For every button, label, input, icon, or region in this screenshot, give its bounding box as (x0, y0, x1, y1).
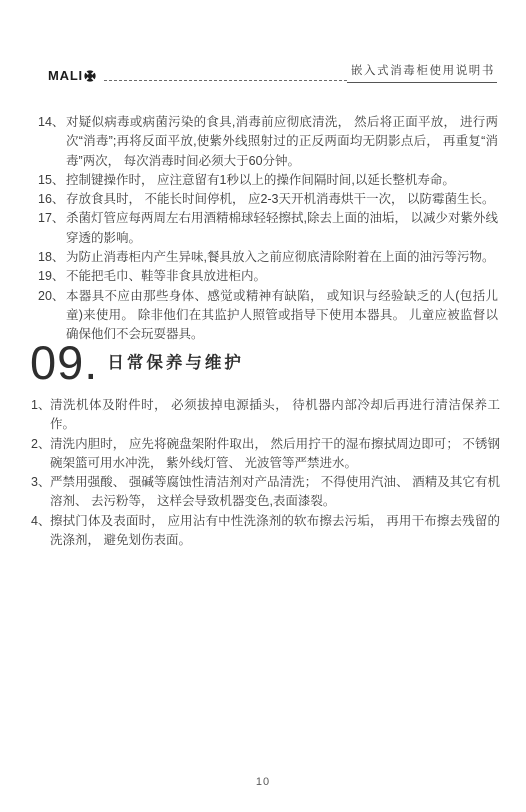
item-text: 对疑似病毒或病菌污染的食具,消毒前应彻底清洗， 然后将正面平放， 进行两次“消毒… (66, 113, 498, 171)
safety-item-18: 18、 为防止消毒柜内产生异味,餐具放入之前应彻底清除附着在上面的油污等污物。 (38, 248, 498, 267)
item-text: 本器具不应由那些身体、感觉或精神有缺陷， 或知识与经验缺乏的人(包括儿童)来使用… (66, 287, 498, 345)
item-number: 2、 (31, 435, 50, 474)
safety-item-20: 20、 本器具不应由那些身体、感觉或精神有缺陷， 或知识与经验缺乏的人(包括儿童… (38, 287, 498, 345)
section-number: 09. (30, 338, 98, 388)
item-text: 存放食具时， 不能长时间停机， 应2-3天开机消毒烘干一次， 以防霉菌生长。 (66, 190, 498, 209)
item-text: 杀菌灯管应每两周左右用酒精棉球轻轻擦拭,除去上面的油垢， 以减少对紫外线穿透的影… (66, 209, 498, 248)
item-text: 严禁用强酸、 强碱等腐蚀性清洁剂对产品清洗； 不得使用汽油、 酒精及其它有机溶剂… (50, 473, 500, 512)
page-number: 10 (0, 776, 526, 788)
section-heading: 09. 日常保养与维护 (30, 338, 244, 388)
safety-precautions-list: 14、 对疑似病毒或病菌污染的食具,消毒前应彻底清洗， 然后将正面平放， 进行两… (38, 113, 498, 345)
item-text: 不能把毛巾、鞋等非食具放进柜内。 (66, 267, 498, 286)
item-text: 擦拭门体及表面时， 应用沾有中性洗涤剂的软布擦去污垢， 再用干布擦去残留的洗涤剂… (50, 512, 500, 551)
item-number: 1、 (31, 396, 50, 435)
maintenance-item-1: 1、 清洗机体及附件时， 必须拔掉电源插头， 待机器内部冷却后再进行清洁保养工作… (31, 396, 500, 435)
item-number: 19、 (38, 267, 66, 286)
document-title: 嵌入式消毒柜使用说明书 (347, 62, 497, 83)
maintenance-item-2: 2、 清洗内胆时， 应先将碗盘架附件取出， 然后用拧干的湿布擦拭周边即可； 不锈… (31, 435, 500, 474)
item-number: 15、 (38, 171, 66, 190)
gear-circle-icon (84, 70, 96, 82)
section-title: 日常保养与维护 (107, 349, 244, 373)
brand-logo: MALI (48, 69, 96, 83)
header-dashed-rule (104, 80, 347, 81)
maintenance-list: 1、 清洗机体及附件时， 必须拔掉电源插头， 待机器内部冷却后再进行清洁保养工作… (31, 396, 500, 550)
item-number: 14、 (38, 113, 66, 171)
safety-item-17: 17、 杀菌灯管应每两周左右用酒精棉球轻轻擦拭,除去上面的油垢， 以减少对紫外线… (38, 209, 498, 248)
item-number: 18、 (38, 248, 66, 267)
safety-item-14: 14、 对疑似病毒或病菌污染的食具,消毒前应彻底清洗， 然后将正面平放， 进行两… (38, 113, 498, 171)
item-number: 3、 (31, 473, 50, 512)
item-text: 为防止消毒柜内产生异味,餐具放入之前应彻底清除附着在上面的油污等污物。 (66, 248, 498, 267)
safety-item-16: 16、 存放食具时， 不能长时间停机， 应2-3天开机消毒烘干一次， 以防霉菌生… (38, 190, 498, 209)
item-number: 17、 (38, 209, 66, 248)
item-text: 清洗机体及附件时， 必须拔掉电源插头， 待机器内部冷却后再进行清洁保养工作。 (50, 396, 500, 435)
item-number: 4、 (31, 512, 50, 551)
item-number: 16、 (38, 190, 66, 209)
maintenance-item-4: 4、 擦拭门体及表面时， 应用沾有中性洗涤剂的软布擦去污垢， 再用干布擦去残留的… (31, 512, 500, 551)
brand-logo-text: MALI (48, 69, 83, 82)
safety-item-15: 15、 控制键操作时， 应注意留有1秒以上的操作间隔时间,以延长整机寿命。 (38, 171, 498, 190)
manual-page: MALI 嵌入式消毒柜使用说明书 14、 对疑似病毒或病菌污染的食具,消毒前应彻… (0, 0, 526, 812)
page-header: MALI 嵌入式消毒柜使用说明书 (48, 62, 497, 83)
maintenance-item-3: 3、 严禁用强酸、 强碱等腐蚀性清洁剂对产品清洗； 不得使用汽油、 酒精及其它有… (31, 473, 500, 512)
item-text: 控制键操作时， 应注意留有1秒以上的操作间隔时间,以延长整机寿命。 (66, 171, 498, 190)
item-text: 清洗内胆时， 应先将碗盘架附件取出， 然后用拧干的湿布擦拭周边即可； 不锈钢碗架… (50, 435, 500, 474)
safety-item-19: 19、 不能把毛巾、鞋等非食具放进柜内。 (38, 267, 498, 286)
